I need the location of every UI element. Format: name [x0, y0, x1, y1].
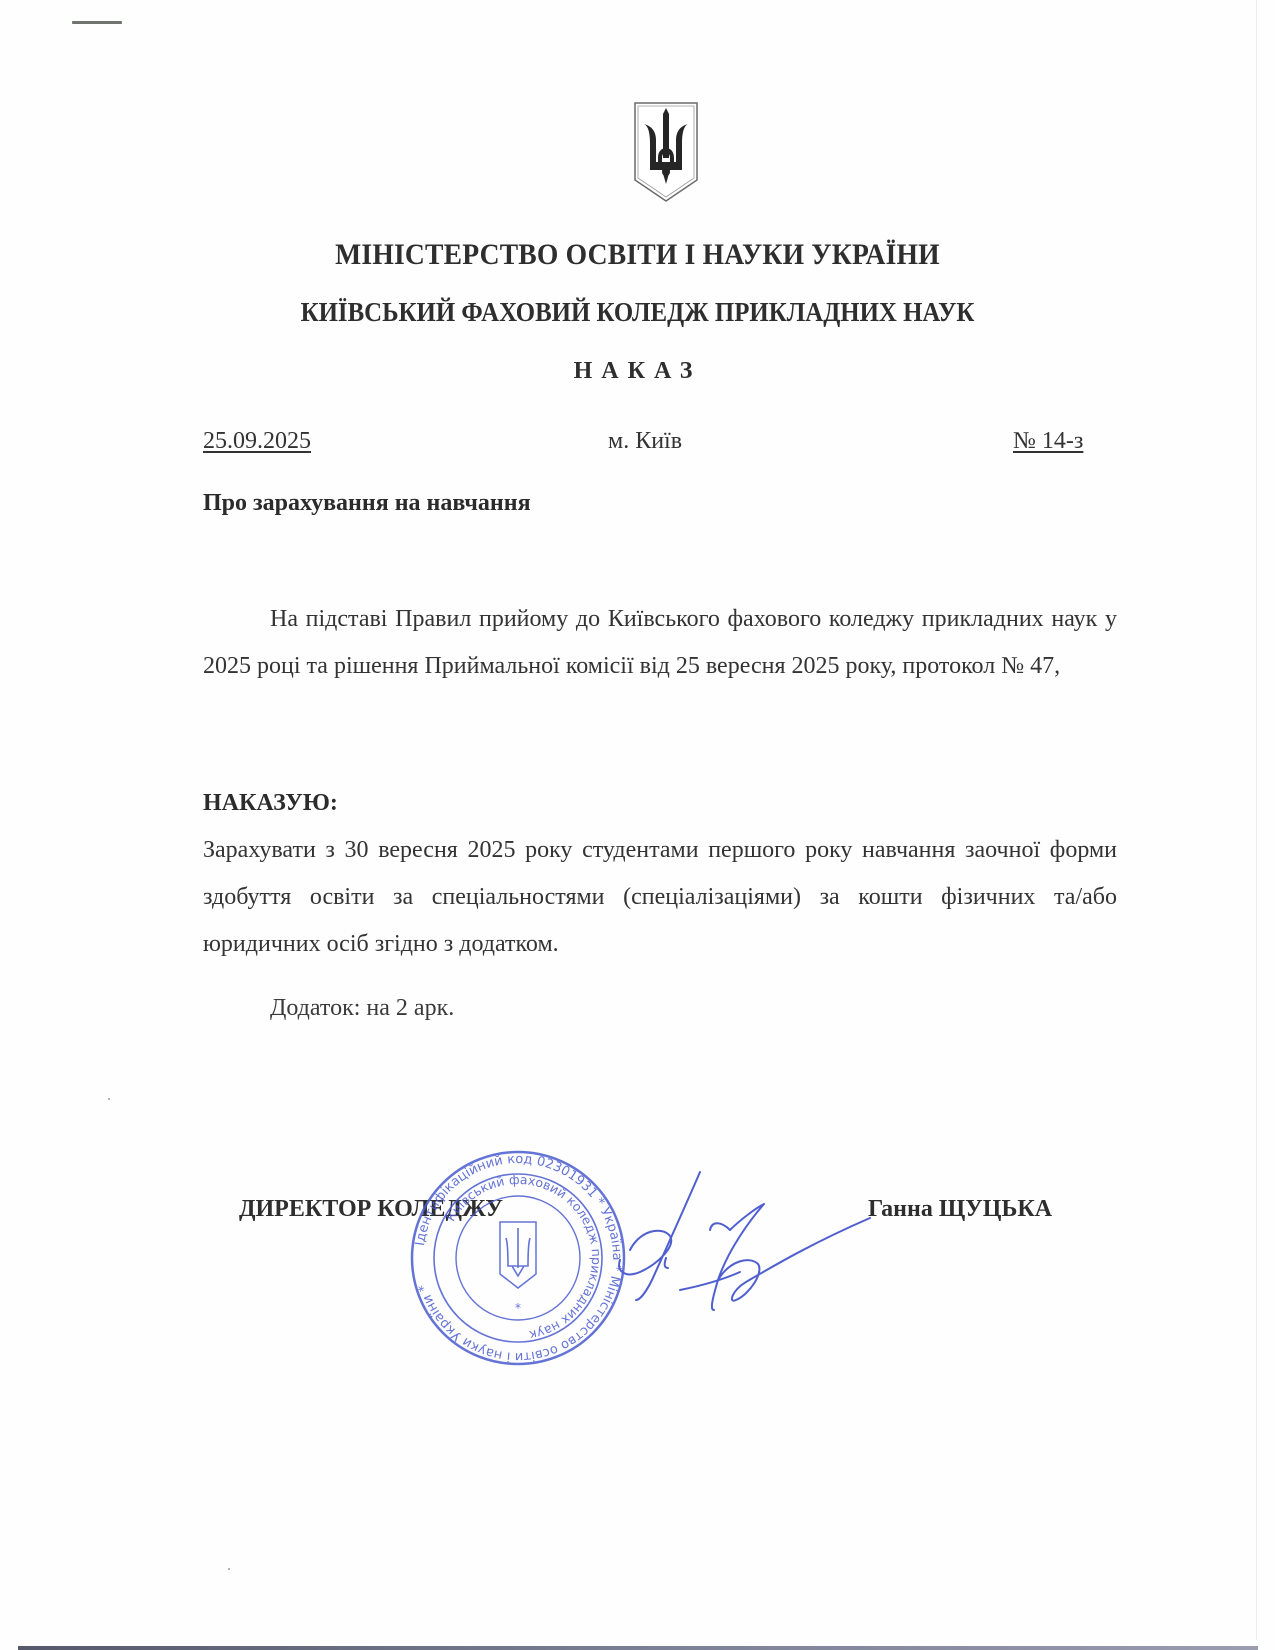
document-page: МІНІСТЕРСТВО ОСВІТИ І НАУКИ УКРАЇНИ КИЇВ…: [0, 0, 1275, 1650]
orders-heading: НАКАЗУЮ:: [203, 790, 338, 817]
svg-text:*: *: [515, 1301, 521, 1315]
scan-edge: [18, 1646, 1258, 1650]
coat-of-arms-icon: [632, 100, 700, 204]
preamble-paragraph: На підставі Правил прийому до Київського…: [203, 596, 1117, 690]
official-stamp-icon: Ідентифікаційний код 02301931 * Україна …: [408, 1148, 628, 1368]
scan-speck: [228, 1568, 230, 1570]
document-type-heading: НАКАЗ: [0, 358, 1275, 385]
order-city: м. Київ: [608, 428, 682, 455]
order-number: № 14-з: [1013, 428, 1083, 455]
order-subject: Про зарахування на навчання: [203, 490, 531, 517]
scan-mark: [72, 21, 122, 24]
ministry-heading: МІНІСТЕРСТВО ОСВІТИ І НАУКИ УКРАЇНИ: [51, 238, 1224, 272]
scan-edge: [1256, 0, 1257, 1640]
annex-note: Додаток: на 2 арк.: [270, 995, 454, 1022]
order-date: 25.09.2025: [203, 428, 311, 455]
institution-heading: КИЇВСЬКИЙ ФАХОВИЙ КОЛЕДЖ ПРИКЛАДНИХ НАУК: [51, 297, 1224, 328]
scan-speck: [108, 1098, 110, 1100]
order-paragraph: Зарахувати з 30 вересня 2025 року студен…: [203, 827, 1117, 968]
handwritten-signature-icon: [600, 1160, 900, 1330]
